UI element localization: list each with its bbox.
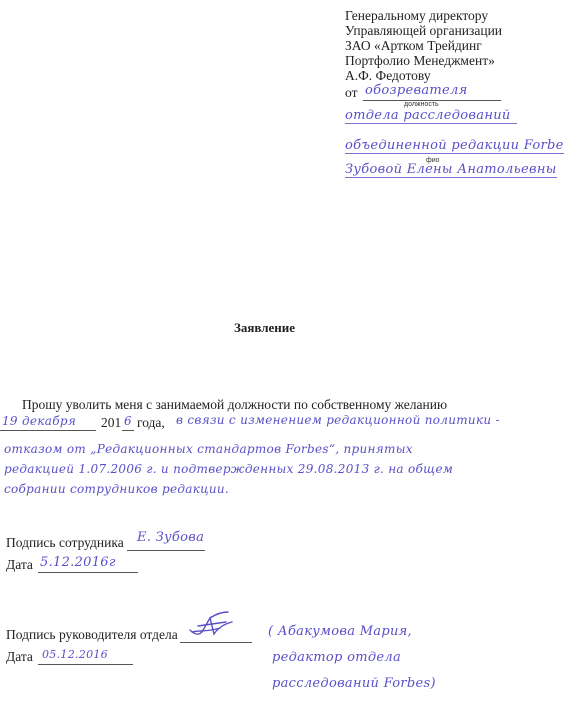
employee-signature-label: Подпись сотрудника: [6, 535, 124, 551]
addressee-line: Портфолио Менеджмент»: [345, 53, 502, 68]
addressee-block: Генеральному директору Управляющей орган…: [345, 8, 502, 83]
manager-note-line-2: редактор отдела: [272, 650, 401, 665]
manager-signature-label: Подпись руководителя отдела: [6, 627, 178, 643]
manager-date: 05.12.2016: [42, 648, 108, 661]
position-handwritten: обозревателя: [365, 83, 468, 98]
addressee-line: А.Ф. Федотову: [345, 68, 502, 83]
position-line-2: отдела расследований: [345, 108, 517, 124]
manager-signature-icon: [180, 610, 252, 640]
position-line-3: объединенной редакции Forbes: [345, 138, 564, 154]
name-handwritten: Зубовой Елены Анатольевны: [345, 162, 557, 178]
position-field[interactable]: обозревателя: [363, 86, 501, 101]
reason-line-3: редакцией 1.07.2006 г. и подтвержденных …: [4, 462, 453, 476]
from-label: от: [345, 85, 357, 101]
position-caption: должность: [404, 101, 439, 108]
manager-date-field[interactable]: 05.12.2016: [38, 648, 133, 665]
reason-line-1: в связи с изменением редакционной полити…: [176, 413, 500, 427]
employee-date-field[interactable]: 5.12.2016г: [38, 556, 138, 573]
employee-signature-field[interactable]: Е. Зубова: [127, 534, 205, 551]
manager-date-label: Дата: [6, 649, 33, 665]
addressee-line: ЗАО «Артком Трейдинг: [345, 38, 502, 53]
year-suffix: года,: [137, 415, 165, 431]
addressee-line: Генеральному директору: [345, 8, 502, 23]
employee-date: 5.12.2016г: [40, 555, 116, 570]
year-digit: 6: [124, 414, 132, 428]
manager-signature-field[interactable]: [180, 626, 252, 643]
addressee-line: Управляющей организации: [345, 23, 502, 38]
reason-line-2: отказом от „Редакционных стандартов Forb…: [4, 442, 413, 456]
manager-note-line-1: ( Абакумова Мария,: [268, 624, 412, 639]
year-prefix: 201: [101, 415, 121, 431]
employee-date-label: Дата: [6, 557, 33, 573]
request-line: Прошу уволить меня с занимаемой должност…: [22, 397, 447, 413]
manager-note-line-3: расследований Forbes): [272, 676, 436, 691]
year-digit-field[interactable]: 6: [122, 414, 134, 431]
employee-signature: Е. Зубова: [137, 530, 204, 545]
date-day-month-field[interactable]: 19 декабря: [0, 414, 96, 431]
document-title: Заявление: [234, 320, 295, 336]
date-day-month: 19 декабря: [2, 414, 76, 428]
reason-line-4: собрании сотрудников редакции.: [4, 482, 229, 496]
